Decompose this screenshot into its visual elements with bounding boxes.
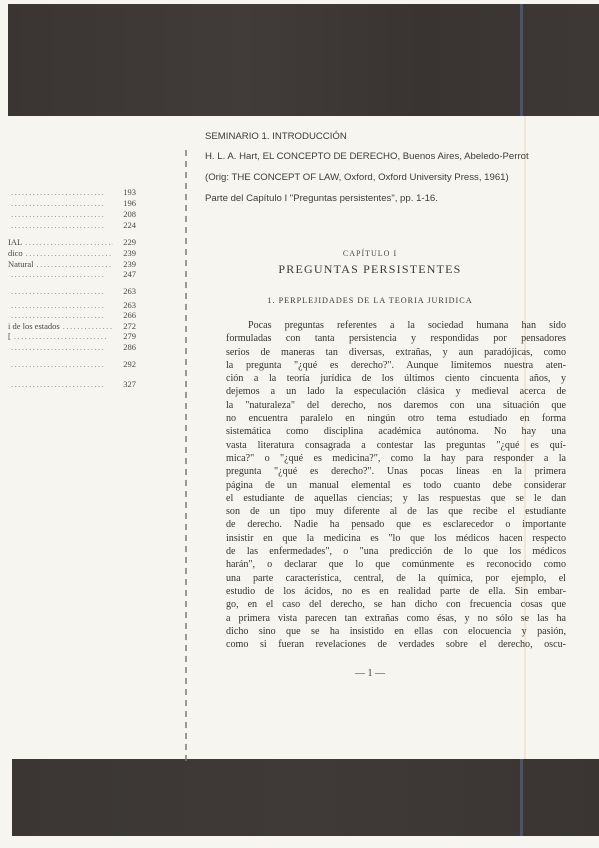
citation-excerpt: Parte del Capítulo I "Preguntas persiste…: [205, 193, 438, 204]
body-line: de las enfermedades", o "una predicción …: [226, 545, 566, 558]
toc-row: ..........................247: [0, 269, 140, 279]
body-line: página de un manual elemental es todo cu…: [226, 479, 566, 492]
toc-leader: ..........................: [37, 259, 114, 269]
toc-leader: ..........................: [11, 342, 113, 352]
toc-row: ..........................196: [0, 198, 140, 208]
scan-border-top: [8, 4, 599, 116]
body-line: pregunta "¿qué es derecho?". Unas pocas …: [226, 465, 566, 478]
toc-leader: ..........................: [14, 331, 113, 341]
body-paragraph: Pocas preguntas referentes a la sociedad…: [226, 319, 566, 651]
book-gutter-line: [185, 150, 187, 762]
section-heading: 1. PERPLEJIDADES DE LA TEORIA JURIDICA: [240, 296, 500, 305]
body-line: la pregunta "¿qué es derecho?". Aunque l…: [226, 359, 566, 372]
toc-row: ..........................263: [0, 286, 140, 296]
toc-row: IAL..........................229: [0, 237, 140, 247]
toc-row: ..........................266: [0, 310, 140, 320]
toc-leader: ..........................: [11, 379, 113, 389]
body-line: la "naturaleza" del derecho, nos daremos…: [226, 399, 566, 412]
chapter-label: CAPÍTULO I: [240, 249, 500, 258]
body-line: de derecho. Nadie ha pensado que es escl…: [226, 518, 566, 531]
toc-leader: ..........................: [26, 248, 113, 258]
toc-row: ..........................292: [0, 359, 140, 369]
body-line: estudio de los ácidos, no es en realidad…: [226, 585, 566, 598]
body-line: dicho sino que se ha insistido en ellas …: [226, 625, 566, 638]
toc-leader: ..........................: [11, 300, 113, 310]
body-line: una parte característica, central, de la…: [226, 572, 566, 585]
seminar-title: SEMINARIO 1. INTRODUCCIÓN: [205, 131, 347, 142]
body-line: formuladas con tanta persistencia y resp…: [226, 332, 566, 345]
toc-row: [..........................279: [0, 331, 140, 341]
scan-artifact-stripe: [520, 4, 523, 116]
toc-row: dico..........................239: [0, 248, 140, 258]
body-line: el estudiante de aquellas ciencias; y la…: [226, 492, 566, 505]
citation-original: (Orig: THE CONCEPT OF LAW, Oxford, Oxfor…: [205, 172, 509, 183]
body-line: ción a la teoría jurídica de los últimos…: [226, 372, 566, 385]
body-line: mica?" o "¿qué es medicina?", como la ha…: [226, 452, 566, 465]
body-line: serios de maneras tan diversas, extrañas…: [226, 346, 566, 359]
body-line: sistemática como disciplina académica au…: [226, 425, 566, 438]
chapter-title: PREGUNTAS PERSISTENTES: [240, 262, 500, 277]
toc-row: ..........................286: [0, 342, 140, 352]
toc-row: ..........................193: [0, 187, 140, 197]
toc-row: ..........................263: [0, 300, 140, 310]
toc-leader: ..........................: [25, 237, 113, 247]
toc-leader: ..........................: [11, 209, 113, 219]
toc-leader: ..........................: [63, 321, 113, 331]
body-line: son de un tipo muy diferente al de las q…: [226, 505, 566, 518]
toc-row: i de los estados........................…: [0, 321, 140, 331]
toc-row: ..........................208: [0, 209, 140, 219]
toc-leader: ..........................: [11, 310, 113, 320]
toc-leader: ..........................: [11, 286, 113, 296]
toc-leader: ..........................: [11, 198, 113, 208]
toc-leader: ..........................: [11, 187, 113, 197]
body-line: insistir en que la medicina es "lo que l…: [226, 532, 566, 545]
toc-leader: ..........................: [11, 220, 113, 230]
page-number: — 1 —: [340, 668, 400, 679]
toc-row: ..........................224: [0, 220, 140, 230]
toc-leader: ..........................: [11, 359, 113, 369]
body-line: dejemos a un lado la especulación clásic…: [226, 385, 566, 398]
body-line: vasta literatura consagrada a contestar …: [226, 439, 566, 452]
scanned-page: ..........................193 ..........…: [0, 0, 599, 848]
toc-leader: ..........................: [11, 269, 113, 279]
body-line: como si fueran revelaciones de verdades …: [226, 638, 566, 651]
body-line: Pocas preguntas referentes a la sociedad…: [226, 319, 566, 332]
body-line: harán", o declarar que lo que comúnmente…: [226, 558, 566, 571]
toc-row: ..........................327: [0, 379, 140, 389]
scan-border-bottom: [12, 759, 599, 836]
toc-row: Natural..........................239: [0, 259, 140, 269]
body-line: go, en el caso del derecho, se han dicho…: [226, 598, 566, 611]
body-line: no encuentra paralelo en ningún otro tem…: [226, 412, 566, 425]
scan-artifact-stripe: [520, 759, 523, 836]
body-line: a primera vista parecen tan extrañas com…: [226, 612, 566, 625]
citation-source: H. L. A. Hart, EL CONCEPTO DE DERECHO, B…: [205, 151, 529, 162]
